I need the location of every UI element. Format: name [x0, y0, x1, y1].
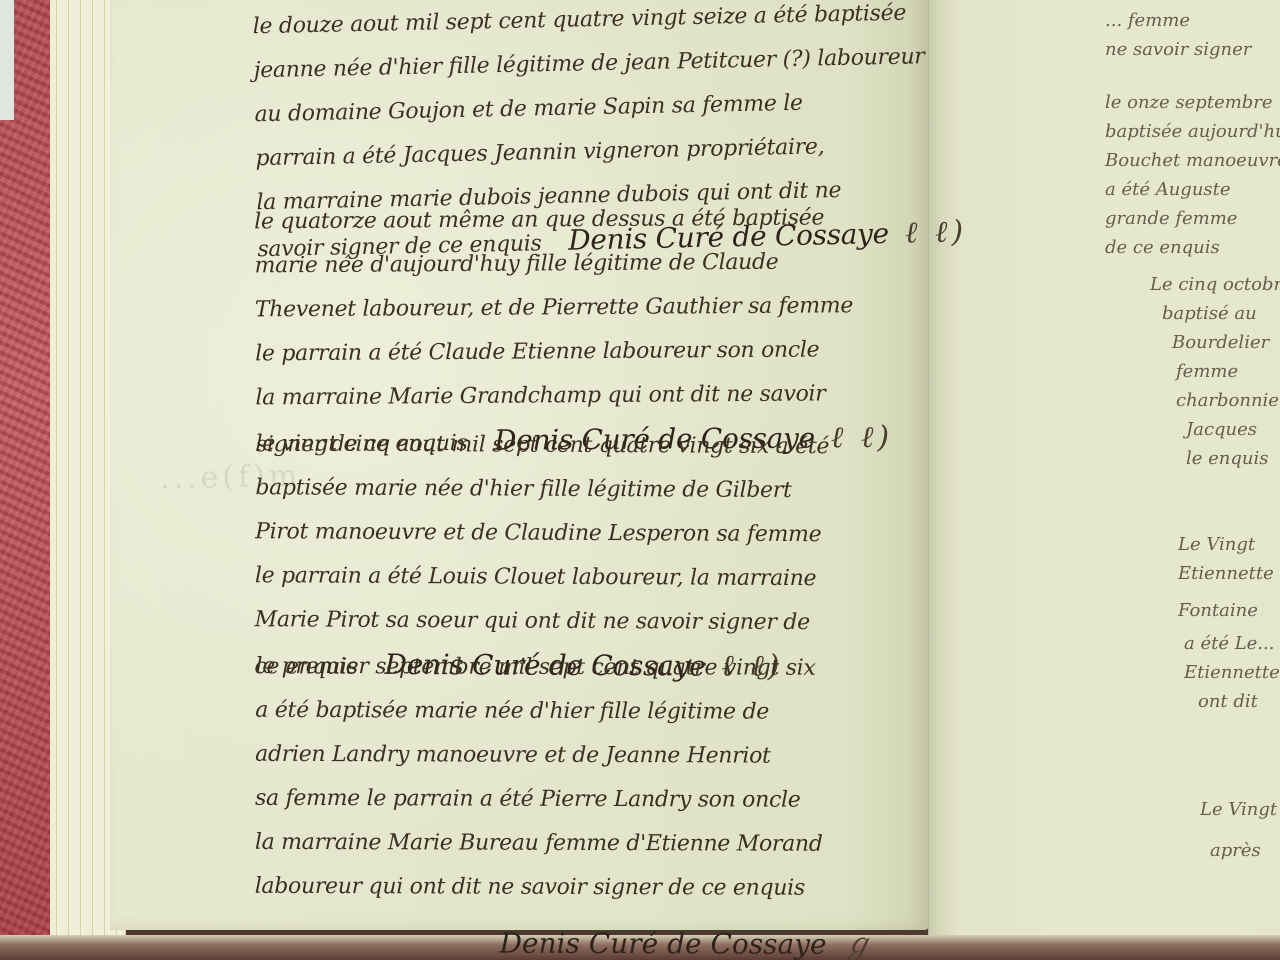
entry-line: a été baptisée marie née d'hier fille lé… — [255, 689, 945, 735]
fragment-line: Etiennette — [1178, 559, 1280, 588]
entry-line: marie née d'aujourd'huy fille légitime d… — [254, 240, 944, 289]
signature-text: Denis Curé de Cossaye — [499, 927, 826, 960]
entry-line: la marraine Marie Grandchamp qui ont dit… — [255, 372, 945, 421]
fragment-line: après — [1210, 836, 1280, 865]
fragment-line: femme — [1176, 357, 1280, 386]
signature: Denis Curé de Cossayeℊ — [499, 918, 944, 960]
fragment-line: baptisé au — [1162, 299, 1280, 328]
fragment-line: charbonnier — [1176, 386, 1280, 415]
fragment-line: Bourdelier — [1172, 328, 1280, 357]
right-page-text-block: Le Vingt Etiennette Fontaine a été Le...… — [1178, 530, 1280, 716]
entry-line: Pirot manoeuvre et de Claudine Lesperon … — [255, 510, 945, 558]
fragment-line: Le Vingt — [1178, 530, 1280, 559]
fragment-line: le onze septembre — [1105, 88, 1280, 117]
fragment-line: a été Le... — [1184, 629, 1280, 658]
entry-line: la marraine Marie Bureau femme d'Etienne… — [255, 821, 945, 867]
register-entry-4: le premier septembre mil sept cent quatr… — [254, 645, 945, 960]
fragment-line: Bouchet manoeuvre — [1105, 146, 1280, 175]
fragment-line: Le Vingt — [1200, 795, 1280, 824]
right-page-text-block: ... femme ne savoir signer le onze septe… — [1105, 6, 1280, 262]
right-page-text-block: Le cinq octobre baptisé au Bourdelier fe… — [1150, 270, 1280, 473]
open-register-photo: ...e(f)m le douze aout mil sept cent qua… — [0, 0, 1280, 960]
entry-line: Thevenet laboureur, et de Pierrette Gaut… — [255, 284, 945, 333]
entry-line: le premier septembre mil sept cent quatr… — [255, 645, 945, 691]
entry-line: adrien Landry manoeuvre et de Jeanne Hen… — [255, 733, 945, 779]
fragment-line: Le cinq octobre — [1150, 270, 1280, 299]
fragment-line: ... femme — [1105, 6, 1280, 35]
entry-line: laboureur qui ont dit ne savoir signer d… — [255, 865, 945, 911]
entry-line: le parrain a été Claude Etienne laboureu… — [255, 328, 945, 377]
entry-line: Marie Pirot sa soeur qui ont dit ne savo… — [255, 598, 945, 646]
fragment-line: Etiennette — [1184, 658, 1280, 687]
entry-line: le quatorze aout même an que dessus a ét… — [254, 196, 944, 245]
fragment-line: Jacques — [1186, 415, 1280, 444]
entry-line: baptisée marie née d'hier fille légitime… — [255, 466, 945, 514]
fragment-line: le enquis — [1186, 444, 1280, 473]
fragment-line: a été Auguste — [1105, 175, 1280, 204]
fragment-line: baptisée aujourd'hui — [1105, 117, 1280, 146]
fragment-line: ne savoir signer — [1105, 35, 1280, 64]
fragment-line: de ce enquis — [1105, 233, 1280, 262]
right-page-text-block: Le Vingt après — [1200, 795, 1280, 865]
fragment-line: grande femme — [1105, 204, 1280, 233]
entry-line: le parrain a été Louis Clouet laboureur,… — [255, 554, 945, 602]
entry-line: le vingt cinq aout mil sept cent quatre … — [255, 422, 945, 470]
signature-flourish-icon: ℊ — [843, 927, 877, 960]
fragment-line: Fontaine — [1178, 596, 1280, 625]
fragment-line: ont dit — [1198, 687, 1280, 716]
entry-line: sa femme le parrain a été Pierre Landry … — [255, 777, 945, 823]
